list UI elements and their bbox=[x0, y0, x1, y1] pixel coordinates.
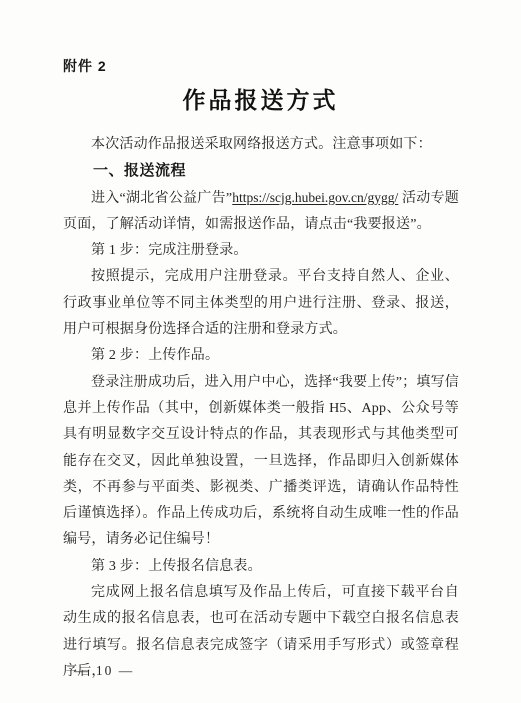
step1-body: 按照提示，完成用户注册登录。平台支持自然人、企业、行政事业单位等不同主体类型的用… bbox=[63, 264, 459, 343]
step2-title: 第 2 步：上传作品。 bbox=[63, 343, 459, 369]
document-body: 本次活动作品报送采取网络报送方式。注意事项如下： 一、报送流程 进入“湖北省公益… bbox=[63, 132, 459, 685]
attachment-label: 附件 2 bbox=[63, 56, 107, 76]
scanned-document-page: 附件 2 作品报送方式 本次活动作品报送采取网络报送方式。注意事项如下： 一、报… bbox=[0, 0, 521, 703]
step3-title: 第 3 步：上传报名信息表。 bbox=[63, 554, 459, 580]
step1-title: 第 1 步：完成注册登录。 bbox=[63, 238, 459, 264]
section-heading-submission-process: 一、报送流程 bbox=[63, 158, 459, 184]
page-title: 作品报送方式 bbox=[0, 82, 521, 115]
intro-paragraph: 本次活动作品报送采取网络报送方式。注意事项如下： bbox=[63, 132, 459, 158]
submission-url-text: https://scjg.hubei.gov.cn/gygg/ bbox=[232, 190, 398, 205]
step2-body: 登录注册成功后，进入用户中心，选择“我要上传”；填写信息并上传作品（其中，创新媒… bbox=[63, 370, 459, 554]
entry-paragraph: 进入“湖北省公益广告”https://scjg.hubei.gov.cn/gyg… bbox=[63, 185, 459, 239]
entry-paragraph-prefix: 进入“湖北省公益广告” bbox=[91, 191, 232, 206]
page-number: — 10 — bbox=[75, 663, 134, 679]
